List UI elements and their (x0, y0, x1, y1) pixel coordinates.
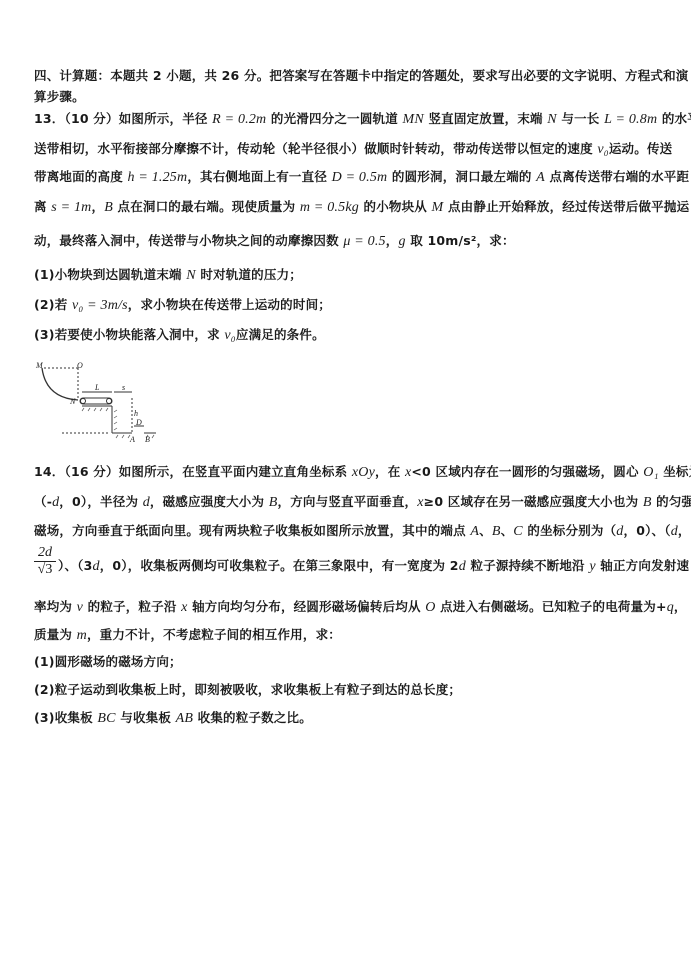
q14-part-3: (3)收集板 BC 与收集板 AB 收集的粒子数之比。 (34, 708, 312, 727)
section-header-line-2: 算步骤。 (34, 87, 85, 105)
svg-text:h: h (134, 409, 138, 418)
svg-text:N: N (69, 397, 76, 406)
svg-text:A: A (129, 435, 135, 444)
q13-line-2: 送带相切，水平衔接部分摩擦不计，传动轮（轮半径很小）做顺时针转动，带动传送带以恒… (34, 139, 672, 158)
q13-line-4: 离 s = 1m，B 点在洞口的最右端。现使质量为 m = 0.5kg 的小物块… (34, 197, 689, 216)
q14-line-5: 率均为 v 的粒子，粒子沿 x 轴方向均匀分布，经圆形磁场偏转后均从 O 点进入… (34, 597, 687, 616)
q13-line-5: 动，最终落入洞中，传送带与小物块之间的动摩擦因数 μ = 0.5，g 取 10m… (34, 231, 515, 250)
section-header-line-1: 四、计算题：本题共 2 小题，共 26 分。把答案写在答题卡中指定的答题处，要求… (34, 66, 689, 84)
q13-part-3: (3)若要使小物块能落入洞中，求 v₀应满足的条件。 (34, 325, 325, 344)
q14-line-1: 14．（16 分）如图所示，在竖直平面内建立直角坐标系 xOy，在 x<0 区域… (34, 462, 691, 481)
q14-line-6: 质量为 m，重力不计，不考虑粒子间的相互作用，求： (34, 625, 341, 644)
q14-line-2: （-d，0），半径为 d，磁感应强度大小为 B，方向与竖直平面垂直，x≥0 区域… (34, 492, 691, 511)
svg-text:s: s (122, 383, 125, 392)
q14-part-2: (2)粒子运动到收集板上时，即刻被吸收，求收集板上有粒子到达的总长度； (34, 680, 461, 698)
svg-text:O: O (77, 361, 83, 370)
q14-part-1: (1)圆形磁场的磁场方向； (34, 652, 182, 670)
svg-text:M: M (35, 361, 44, 370)
fraction-2d-over-sqrt3: 2d √3 (34, 545, 56, 578)
svg-text:D: D (135, 418, 142, 427)
svg-text:B: B (145, 435, 150, 444)
q13-part-1: (1)小物块到达圆轨道末端 N 时对轨道的压力； (34, 265, 302, 284)
q13-line-1: 13．（10 分）如图所示，半径 R = 0.2m 的光滑四分之一圆轨道 MN … (34, 109, 691, 128)
q13-figure-track-conveyor-diagram: M O N L s h D A B (32, 360, 162, 445)
q13-part-2: (2)若 v₀ = 3m/s，求小物块在传送带上运动的时间； (34, 295, 331, 314)
q14-line-4: ）、（3d，0），收集板两侧均可收集粒子。在第三象限中，有一宽度为 2d 粒子源… (58, 556, 689, 575)
svg-text:L: L (94, 383, 100, 392)
q13-line-3: 带离地面的高度 h = 1.25m，其右侧地面上有一直径 D = 0.5m 的圆… (34, 167, 689, 186)
q14-line-3: 磁场，方向垂直于纸面向里。现有两块粒子收集板如图所示放置，其中的端点 A、B、C… (34, 521, 691, 540)
